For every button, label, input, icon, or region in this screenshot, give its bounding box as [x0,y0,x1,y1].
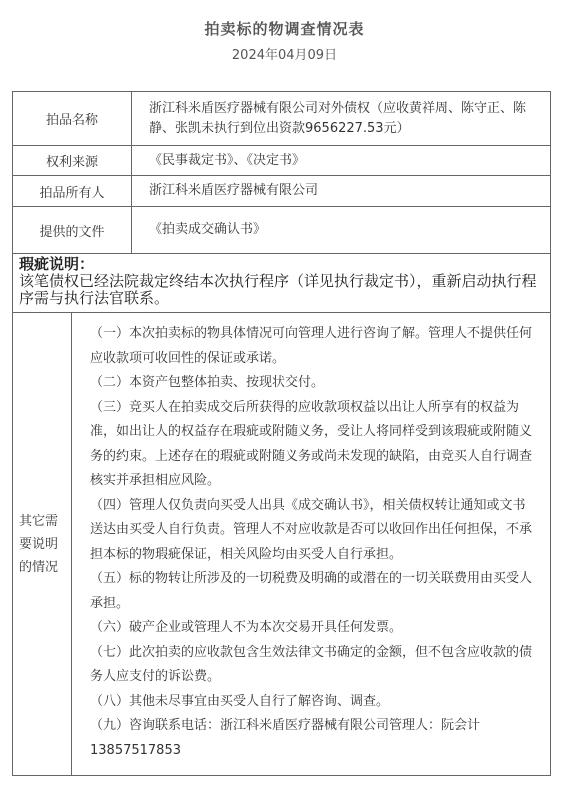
document-title: 拍卖标的物调查情况表 [0,18,569,39]
row-documents: 提供的文件 《拍卖成交确认书》 [13,207,550,254]
label-other-notes: 其它需要说明的情况 [13,313,72,775]
value-owner: 浙江科米盾医疗器械有限公司 [132,176,550,206]
label-owner: 拍品所有人 [13,176,132,206]
other-notes-list: （一）本次拍卖标的物具体情况可向管理人进行咨询了解。管理人不提供任何应收款项可收… [72,313,550,775]
note-item: （六）破产企业或管理人不为本次交易开具任何发票。 [90,616,538,641]
note-item: （五）标的物转让所涉及的一切税费及明确的或潜在的一切关联费用由买受人承担。 [90,567,538,616]
defect-heading: 瑕疵说明： [19,256,550,273]
row-item-name: 拍品名称 浙江科米盾医疗器械有限公司对外债权（应收黄祥周、陈守正、陈静、张凯未执… [13,92,550,146]
note-item: （二）本资产包整体拍卖、按现状交付。 [90,371,538,396]
defect-section: 瑕疵说明： 该笔债权已经法院裁定终结本次执行程序（详见执行裁定书），重新启动执行… [13,254,550,313]
note-item: （八）其他未尽事宜由买受人自行了解咨询、调查。 [90,690,538,715]
note-item: （四）管理人仅负责向买受人出具《成交确认书》，相关债权转让通知或文书送达由买受人… [90,494,538,568]
investigation-table: 拍品名称 浙江科米盾医疗器械有限公司对外债权（应收黄祥周、陈守正、陈静、张凯未执… [12,91,551,776]
value-documents: 《拍卖成交确认书》 [132,207,550,253]
value-rights-source: 《民事裁定书》、《决定书》 [132,146,550,175]
note-item: （三）竞买人在拍卖成交后所获得的应收款项权益以出让人所享有的权益为准，如出让人的… [90,396,538,494]
label-item-name: 拍品名称 [13,92,132,145]
note-item: （七）此次拍卖的应收款包含生效法律文书确定的金额，但不包含应收款的债务人应支付的… [90,641,538,690]
row-owner: 拍品所有人 浙江科米盾医疗器械有限公司 [13,176,550,207]
document-date: 2024年04月09日 [0,44,569,63]
label-rights-source: 权利来源 [13,146,132,175]
note-item: （一）本次拍卖标的物具体情况可向管理人进行咨询了解。管理人不提供任何应收款项可收… [90,322,538,371]
label-documents: 提供的文件 [13,207,132,253]
row-rights-source: 权利来源 《民事裁定书》、《决定书》 [13,146,550,176]
note-item: （九）咨询联系电话：浙江科米盾医疗器械有限公司管理人：阮会计1385751785… [90,714,538,763]
value-item-name: 浙江科米盾医疗器械有限公司对外债权（应收黄祥周、陈守正、陈静、张凯未执行到位出资… [132,92,550,145]
defect-text: 该笔债权已经法院裁定终结本次执行程序（详见执行裁定书），重新启动执行程序需与执行… [19,272,537,307]
